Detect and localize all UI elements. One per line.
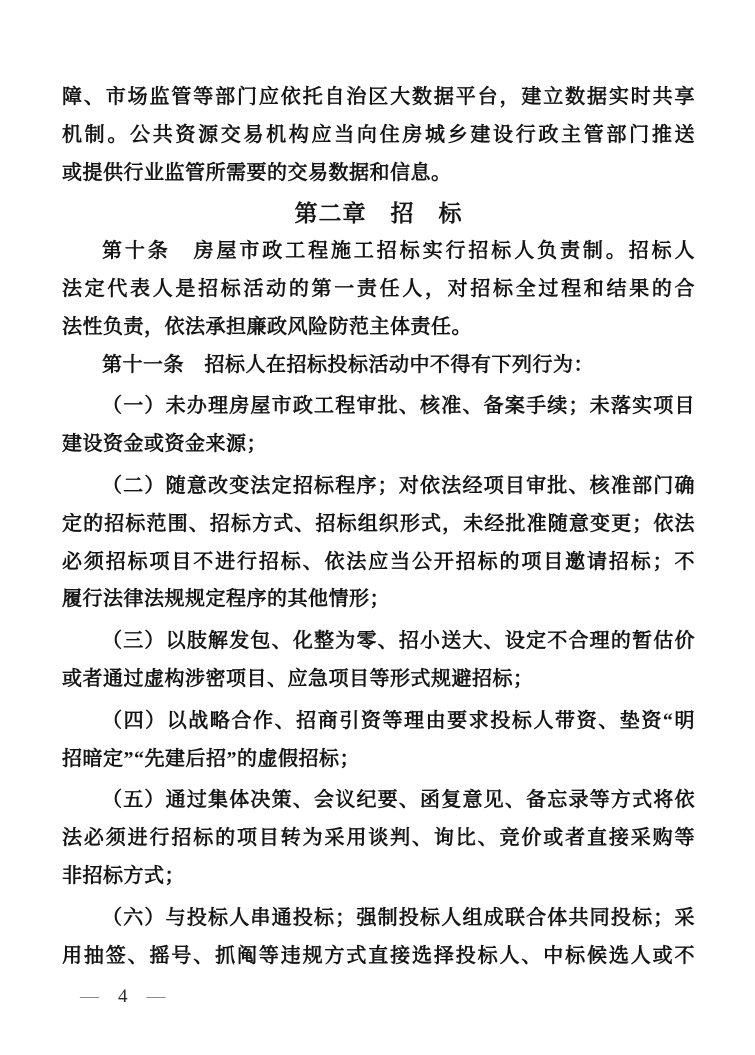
document-page: 障、市场监管等部门应依托自治区大数据平台，建立数据实时共享机制。公共资源交易机构… (0, 0, 755, 1055)
chapter-heading: 第二章 招 标 (62, 195, 695, 233)
paragraph: 第十条 房屋市政工程施工招标实行招标人负责制。招标人法定代表人是招标活动的第一责… (62, 233, 695, 346)
text-line: （二）随意改变法定招标程序；对依法经项目审批、核准部门确 (62, 468, 695, 506)
text-line: 非招标方式； (62, 858, 695, 896)
text-line: 招暗定”“先建后招”的虚假招标； (62, 741, 695, 779)
text-segment: 招标人在招标投标活动中不得有下列行为： (184, 354, 594, 376)
text-line: （三）以肢解发包、化整为零、招小送大、设定不合理的暂估价 (62, 623, 695, 661)
text-line: 第十条 房屋市政工程施工招标实行招标人负责制。招标人 (62, 233, 695, 271)
paragraph: 障、市场监管等部门应依托自治区大数据平台，建立数据实时共享机制。公共资源交易机构… (62, 79, 695, 192)
article-number: 第十条 (102, 240, 171, 262)
text-line: 第十一条 招标人在招标投标活动中不得有下列行为： (62, 347, 695, 385)
page-number-dash-left: — (80, 984, 99, 1010)
text-line: 机制。公共资源交易机构应当向住房城乡建设行政主管部门推送 (62, 117, 695, 155)
text-segment: 法性负责，依法承担廉政风险防范主体责任。 (62, 316, 472, 338)
text-segment: 招暗定”“先建后招”的虚假招标； (62, 748, 360, 770)
paragraph: （四）以战略合作、招商引资等理由要求投标人带资、垫资“明招暗定”“先建后招”的虚… (62, 703, 695, 779)
document-content: 障、市场监管等部门应依托自治区大数据平台，建立数据实时共享机制。公共资源交易机构… (62, 79, 695, 975)
paragraph: （六）与投标人串通投标；强制投标人组成联合体共同投标；采用抽签、摇号、抓阄等违规… (62, 900, 695, 976)
paragraph: （五）通过集体决策、会议纪要、函复意见、备忘录等方式将依法必须进行招标的项目转为… (62, 782, 695, 895)
text-line: 法必须进行招标的项目转为采用谈判、询比、竞价或者直接采购等 (62, 820, 695, 858)
text-line: （六）与投标人串通投标；强制投标人组成联合体共同投标；采 (62, 900, 695, 938)
text-segment: （六）与投标人串通投标；强制投标人组成联合体共同投标；采 (102, 907, 695, 929)
paragraph: （三）以肢解发包、化整为零、招小送大、设定不合理的暂估价或者通过虚构涉密项目、应… (62, 623, 695, 699)
text-segment: 非招标方式； (62, 865, 185, 887)
text-line: 必须招标项目不进行招标、依法应当公开招标的项目邀请招标；不 (62, 544, 695, 582)
text-segment: （五）通过集体决策、会议纪要、函复意见、备忘录等方式将依 (102, 789, 695, 811)
paragraph: 第十一条 招标人在招标投标活动中不得有下列行为： (62, 347, 695, 385)
text-segment: 机制。公共资源交易机构应当向住房城乡建设行政主管部门推送 (62, 124, 695, 146)
text-line: 定的招标范围、招标方式、招标组织形式，未经批准随意变更；依法 (62, 506, 695, 544)
text-segment: 定的招标范围、招标方式、招标组织形式，未经批准随意变更；依法 (62, 513, 695, 535)
text-segment: 法定代表人是招标活动的第一责任人，对招标全过程和结果的合 (62, 278, 695, 300)
text-segment: 或者通过虚构涉密项目、应急项目等形式规避招标； (62, 668, 534, 690)
paragraph: （一）未办理房屋市政工程审批、核准、备案手续；未落实项目建设资金或资金来源； (62, 388, 695, 464)
article-number: 第十一条 (102, 354, 184, 376)
text-segment: 法必须进行招标的项目转为采用谈判、询比、竞价或者直接采购等 (62, 827, 695, 849)
text-line: 用抽签、摇号、抓阄等违规方式直接选择投标人、中标候选人或不 (62, 938, 695, 976)
text-segment: 房屋市政工程施工招标实行招标人负责制。招标人 (171, 240, 695, 262)
text-line: （五）通过集体决策、会议纪要、函复意见、备忘录等方式将依 (62, 782, 695, 820)
text-segment: （四）以战略合作、招商引资等理由要求投标人带资、垫资“明 (102, 710, 695, 732)
text-segment: 用抽签、摇号、抓阄等违规方式直接选择投标人、中标候选人或不 (62, 945, 695, 967)
paragraph: （二）随意改变法定招标程序；对依法经项目审批、核准部门确定的招标范围、招标方式、… (62, 468, 695, 619)
article-number: 第二章 招 标 (295, 200, 463, 226)
text-line: 法定代表人是招标活动的第一责任人，对招标全过程和结果的合 (62, 271, 695, 309)
text-line: 或者通过虚构涉密项目、应急项目等形式规避招标； (62, 661, 695, 699)
text-line: 建设资金或资金来源； (62, 426, 695, 464)
text-segment: （三）以肢解发包、化整为零、招小送大、设定不合理的暂估价 (102, 630, 695, 652)
page-footer: — 4 — (80, 984, 166, 1010)
text-segment: 必须招标项目不进行招标、依法应当公开招标的项目邀请招标；不 (62, 551, 695, 573)
text-line: 法性负责，依法承担廉政风险防范主体责任。 (62, 309, 695, 347)
text-segment: 或提供行业监管所需要的交易数据和信息。 (62, 162, 452, 184)
page-number-dash-right: — (147, 984, 166, 1010)
text-line: 第二章 招 标 (62, 195, 695, 233)
page-number: 4 (118, 984, 128, 1010)
text-segment: 履行法律法规规定程序的其他情形； (62, 588, 390, 610)
text-segment: （二）随意改变法定招标程序；对依法经项目审批、核准部门确 (102, 475, 695, 497)
text-line: 履行法律法规规定程序的其他情形； (62, 581, 695, 619)
text-segment: （一）未办理房屋市政工程审批、核准、备案手续；未落实项目 (102, 395, 695, 417)
text-line: （四）以战略合作、招商引资等理由要求投标人带资、垫资“明 (62, 703, 695, 741)
text-segment: 建设资金或资金来源； (62, 433, 267, 455)
text-line: 障、市场监管等部门应依托自治区大数据平台，建立数据实时共享 (62, 79, 695, 117)
text-segment: 障、市场监管等部门应依托自治区大数据平台，建立数据实时共享 (62, 86, 695, 108)
text-line: 或提供行业监管所需要的交易数据和信息。 (62, 155, 695, 193)
text-line: （一）未办理房屋市政工程审批、核准、备案手续；未落实项目 (62, 388, 695, 426)
